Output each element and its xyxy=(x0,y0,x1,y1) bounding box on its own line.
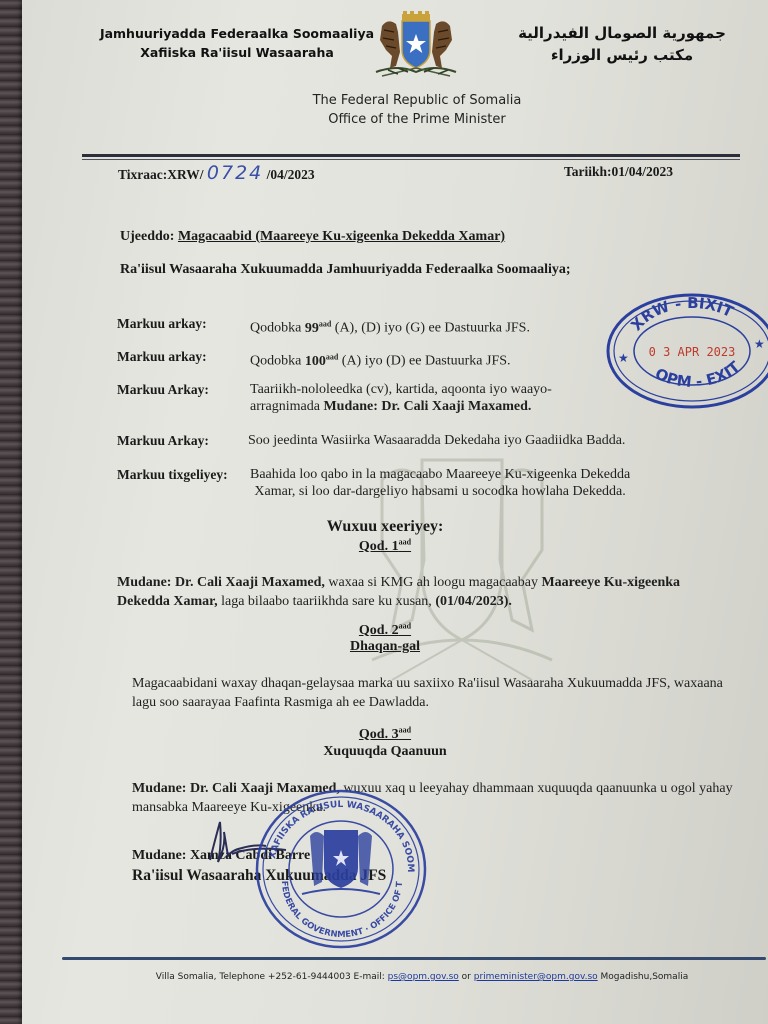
footer-address: Villa Somalia, Telephone +252-61-9444003… xyxy=(156,972,388,982)
subject-label: Ujeeddo: xyxy=(120,229,174,244)
clause-3-line2: arragnimada Mudane: Dr. Cali Xaaji Maxam… xyxy=(250,398,552,415)
letterhead-arabic-line1: جمهورية الصومال الفيدرالية xyxy=(502,22,742,44)
clause-2-text: Qodobka 100aad (A) iyo (D) ee Dastuurka … xyxy=(250,348,511,370)
article-1-body: Mudane: Dr. Cali Xaaji Maxamed, waxaa si… xyxy=(117,573,717,611)
header-divider-thin xyxy=(82,159,740,160)
document-date: Tariikh:01/04/2023 xyxy=(564,164,673,180)
article-3-sup: aad xyxy=(399,725,411,734)
clause-2-pre: Qodobka xyxy=(250,354,305,369)
clause-1-pre: Qodobka xyxy=(250,321,305,336)
article-1-title: Qod. 1aad xyxy=(250,537,520,555)
letterhead-somali: Jamhuuriyadda Federaalka Soomaaliya Xafi… xyxy=(92,24,382,62)
svg-text:XRW - BIXIT: XRW - BIXIT xyxy=(627,294,736,334)
footer-contact: Villa Somalia, Telephone +252-61-9444003… xyxy=(82,972,762,982)
letterhead-english: The Federal Republic of Somalia Office o… xyxy=(252,91,582,129)
article-2-subtitle-text: Dhaqan-gal xyxy=(350,639,420,654)
subject-line: Ujeeddo: Magacaabid (Maareeye Ku-xigeenk… xyxy=(120,229,505,245)
footer-email-ps-link[interactable]: ps@opm.gov.so xyxy=(388,972,459,982)
article-1-text-end: laga bilaabo taariikhda sare ku xusan, xyxy=(218,594,436,609)
document-page: Jamhuuriyadda Federaalka Soomaaliya Xafi… xyxy=(22,0,768,1024)
article-2-body: Magacaabidani waxay dhaqan-gelaysaa mark… xyxy=(132,674,747,712)
date-label: Tariikh: xyxy=(564,164,612,179)
article-2-title-text: Qod. 2 xyxy=(359,623,399,638)
clause-1-text: Qodobka 99aad (A), (D) iyo (G) ee Dastuu… xyxy=(250,315,530,337)
letterhead-arabic: جمهورية الصومال الفيدرالية مكتب رئيس الو… xyxy=(502,22,742,66)
clause-2-post: (A) iyo (D) ee Dastuurka JFS. xyxy=(338,354,510,369)
article-2-sup: aad xyxy=(399,621,411,630)
article-1-appointee: Mudane: Dr. Cali Xaaji Maxamed, xyxy=(117,575,325,590)
clause-4-text: Soo jeedinta Wasiirka Wasaaradda Dekedah… xyxy=(248,432,625,449)
article-3-subtitle: Xuquuqda Qaanuun xyxy=(250,744,520,760)
clause-1-post: (A), (D) iyo (G) ee Dastuurka JFS. xyxy=(331,321,530,336)
letterhead-arabic-line2: مكتب رئيس الوزراء xyxy=(502,44,742,66)
reference-number: Tixraac:XRW/ 0724 /04/2023 xyxy=(118,162,315,184)
clause-2-sup: aad xyxy=(326,352,338,361)
article-1-title-text: Qod. 1 xyxy=(359,539,399,554)
clause-3-line2-pre: arragnimada xyxy=(250,399,323,414)
clause-1-label: Markuu arkay: xyxy=(117,316,267,332)
clause-3-line2-bold: Mudane: Dr. Cali Xaaji Maxamed. xyxy=(323,399,531,414)
clause-3-line1: Taariikh-nololeedka (cv), kartida, aqoon… xyxy=(250,381,552,398)
date-value: 01/04/2023 xyxy=(612,164,674,179)
footer-city: Mogadishu,Somalia xyxy=(598,972,689,982)
somalia-coat-of-arms-icon xyxy=(368,10,464,82)
reference-label: Tixraac:XRW/ xyxy=(118,167,204,182)
svg-text:OPM - EXIT: OPM - EXIT xyxy=(652,357,744,391)
official-seal-stamp-icon: XAFIISKA RA'IISUL WASAARAHA SOOMAALIYA F… xyxy=(252,786,430,952)
article-1-sup: aad xyxy=(399,537,411,546)
clause-3-text: Taariikh-nololeedka (cv), kartida, aqoon… xyxy=(250,381,552,415)
letterhead-english-line1: The Federal Republic of Somalia xyxy=(252,91,582,110)
clause-1-sup: aad xyxy=(319,319,331,328)
footer-divider xyxy=(62,957,766,960)
decision-heading: Wuxuu xeeriyey: xyxy=(250,518,520,536)
clause-4-label: Markuu Arkay: xyxy=(117,433,267,449)
preamble: Ra'iisul Wasaaraha Xukuumadda Jamhuuriya… xyxy=(120,262,571,278)
clause-2-num: 100 xyxy=(305,354,326,369)
clause-3-label: Markuu Arkay: xyxy=(117,382,267,398)
svg-text:★: ★ xyxy=(618,351,629,365)
svg-text:0 3 APR 2023: 0 3 APR 2023 xyxy=(649,345,736,359)
subject-value: Magacaabid (Maareeye Ku-xigeenka Dekedda… xyxy=(178,229,505,244)
clause-5-line2: Xamar, si loo dar-dargeliyo habsami u so… xyxy=(250,483,630,500)
article-3-title-text: Qod. 3 xyxy=(359,727,399,742)
reference-suffix: /04/2023 xyxy=(267,167,315,182)
article-3-title: Qod. 3aad xyxy=(250,725,520,743)
footer-email-pm-link[interactable]: primeminister@opm.gov.so xyxy=(474,972,598,982)
letterhead-somali-line1: Jamhuuriyadda Federaalka Soomaaliya xyxy=(92,24,382,43)
reference-handwritten-number: 0724 xyxy=(207,162,263,184)
clause-5-text: Baahida loo qabo in la magacaabo Maareey… xyxy=(250,466,630,500)
footer-or: or xyxy=(459,972,474,982)
article-1-text-mid: waxaa si KMG ah loogu magacaabay xyxy=(325,575,542,590)
exit-stamp-icon: XRW - BIXIT OPM - EXIT 0 3 APR 2023 ★ ★ xyxy=(604,290,768,412)
table-surface xyxy=(0,0,24,1024)
clause-1-num: 99 xyxy=(305,321,319,336)
article-2-subtitle: Dhaqan-gal xyxy=(250,639,520,655)
header-divider xyxy=(82,154,740,157)
letterhead-somali-line2: Xafiiska Ra'iisul Wasaaraha xyxy=(92,43,382,62)
article-3-body: Mudane: Dr. Cali Xaaji Maxamed, wuxuu xa… xyxy=(132,779,737,817)
clause-5-line1: Baahida loo qabo in la magacaabo Maareey… xyxy=(250,466,630,483)
clause-5-label: Markuu tixgeliyey: xyxy=(117,467,267,483)
letterhead-english-line2: Office of the Prime Minister xyxy=(252,110,582,129)
svg-text:★: ★ xyxy=(754,337,765,351)
clause-2-label: Markuu arkay: xyxy=(117,349,267,365)
article-2-title: Qod. 2aad xyxy=(250,621,520,639)
article-1-date: (01/04/2023). xyxy=(435,594,512,609)
